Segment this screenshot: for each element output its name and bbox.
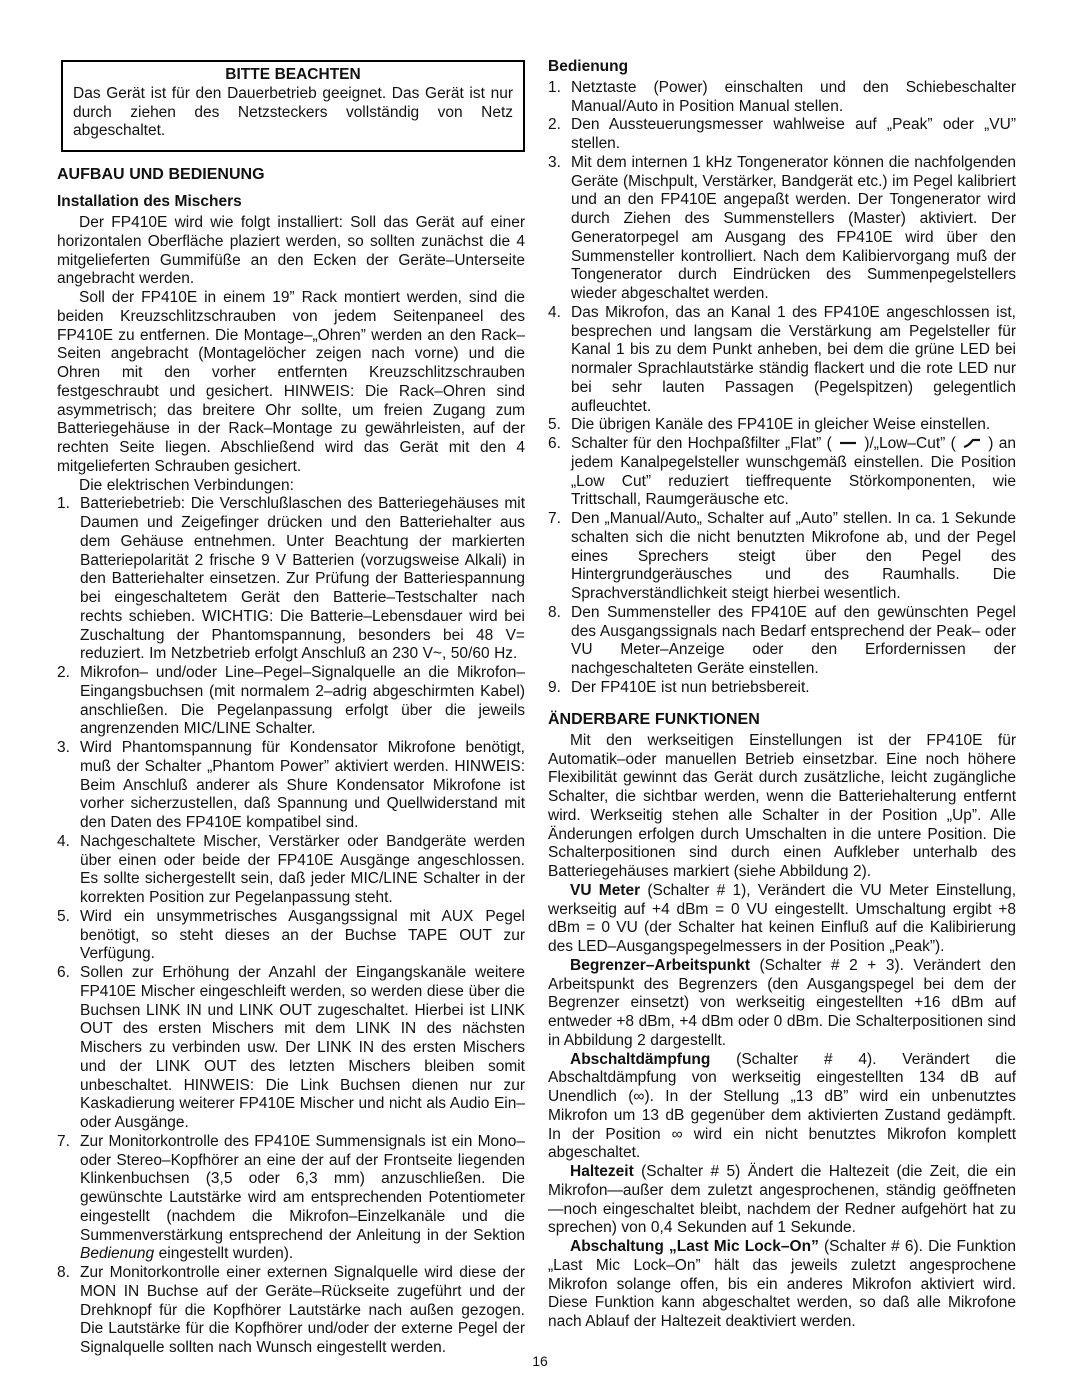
list-text: Der FP410E ist nun betriebsbereit. xyxy=(571,679,810,696)
list-item: 8.Zur Monitorkontrolle einer externen Si… xyxy=(57,1264,525,1358)
list-text: Das Mikrofon, das an Kanal 1 des FP410E … xyxy=(571,304,1016,415)
list-item: 1.Batteriebetrieb: Die Verschlußlaschen … xyxy=(57,495,525,664)
list-number: 8. xyxy=(548,604,561,623)
function-lead: Abschaltdämpfung xyxy=(570,1051,710,1068)
subsection-title-installation: Installation des Mischers xyxy=(57,193,525,212)
list-text: Mikrofon– und/oder Line–Pegel–Signalquel… xyxy=(80,664,525,737)
list-number: 9. xyxy=(548,679,561,698)
list-text: Wird ein unsymmetrisches Ausgangssignal … xyxy=(80,908,525,963)
list-number: 4. xyxy=(548,304,561,323)
function-paragraph-abschaltdaempfung: Abschaltdämpfung (Schalter # 4). Verände… xyxy=(548,1051,1016,1164)
list-number: 1. xyxy=(548,79,561,98)
function-paragraph-begrenzer: Begrenzer–Arbeitspunkt (Schalter # 2 + 3… xyxy=(548,957,1016,1051)
list-number: 5. xyxy=(548,416,561,435)
subsection-title-bedienung: Bedienung xyxy=(548,58,1016,77)
function-lead: Begrenzer–Arbeitspunkt xyxy=(570,957,750,974)
list-text: Sollen zur Erhöhung der Anzahl der Einga… xyxy=(80,964,525,1131)
connections-intro: Die elektrischen Verbindungen: xyxy=(57,477,525,496)
list-text: Den Aussteuerungsmesser wahlweise auf „P… xyxy=(571,116,1016,152)
notice-title: BITTE BEACHTEN xyxy=(73,66,513,85)
function-paragraph-vu-meter: VU Meter (Schalter # 1), Verändert die V… xyxy=(548,882,1016,957)
list-text: Netztaste (Power) einschalten und den Sc… xyxy=(571,79,1016,115)
two-column-layout: BITTE BEACHTEN Das Gerät ist für den Dau… xyxy=(57,58,1035,1358)
low-cut-response-icon xyxy=(962,437,982,449)
list-item: 2.Mikrofon– und/oder Line–Pegel–Signalqu… xyxy=(57,664,525,739)
list-text: Schalter für den Hochpaßfilter „Flat” ( xyxy=(571,435,837,452)
function-paragraph-last-mic-lock-on: Abschaltung „Last Mic Lock–On” (Schalter… xyxy=(548,1238,1016,1332)
list-number: 2. xyxy=(57,664,70,683)
list-item: 6.Schalter für den Hochpaßfilter „Flat” … xyxy=(548,435,1016,510)
list-number: 1. xyxy=(57,495,70,514)
list-item: 1.Netztaste (Power) einschalten und den … xyxy=(548,79,1016,117)
list-text: Zur Monitorkontrolle des FP410E Summensi… xyxy=(80,1133,525,1244)
paragraph: Der FP410E wird wie folgt installiert: S… xyxy=(57,214,525,289)
list-item: 5.Die übrigen Kanäle des FP410E in gleic… xyxy=(548,416,1016,435)
list-number: 3. xyxy=(548,154,561,173)
list-item: 2.Den Aussteuerungsmesser wahlweise auf … xyxy=(548,116,1016,154)
list-item: 6.Sollen zur Erhöhung der Anzahl der Ein… xyxy=(57,964,525,1133)
list-text: Den Summensteller des FP410E auf den gew… xyxy=(571,604,1016,677)
list-text: Batteriebetrieb: Die Verschlußlaschen de… xyxy=(80,495,525,662)
list-number: 2. xyxy=(548,116,561,135)
list-item: 3.Mit dem internen 1 kHz Tongenerator kö… xyxy=(548,154,1016,304)
italic-term: Bedienung xyxy=(80,1245,154,1262)
manual-page: BITTE BEACHTEN Das Gerät ist für den Dau… xyxy=(0,0,1080,1397)
list-text: Die übrigen Kanäle des FP410E in gleiche… xyxy=(571,416,990,433)
paragraph: Soll der FP410E in einem 19” Rack montie… xyxy=(57,289,525,477)
list-text: Nachgeschaltete Mischer, Verstärker oder… xyxy=(80,833,525,906)
list-text: Den „Manual/Auto„ Schalter auf „Auto” st… xyxy=(571,510,1016,602)
list-number: 5. xyxy=(57,908,70,927)
function-lead: VU Meter xyxy=(570,882,640,899)
notice-body: Das Gerät ist für den Dauerbetrieb geeig… xyxy=(73,85,513,141)
list-number: 6. xyxy=(57,964,70,983)
list-text: Wird Phantomspannung für Kondensator Mik… xyxy=(80,739,525,831)
list-text: Mit dem internen 1 kHz Tongenerator könn… xyxy=(571,154,1016,302)
function-lead: Haltezeit xyxy=(570,1163,634,1180)
list-text: )/„Low–Cut” ( xyxy=(859,435,961,452)
list-number: 6. xyxy=(548,435,561,454)
flat-response-icon xyxy=(838,437,858,449)
list-item: 4.Nachgeschaltete Mischer, Verstärker od… xyxy=(57,833,525,908)
bedienung-list: 1.Netztaste (Power) einschalten und den … xyxy=(548,79,1016,698)
list-number: 4. xyxy=(57,833,70,852)
function-lead: Abschaltung „Last Mic Lock–On” xyxy=(570,1238,819,1255)
section-title-aenderbare-funktionen: ÄNDERBARE FUNKTIONEN xyxy=(548,710,1016,729)
left-column: BITTE BEACHTEN Das Gerät ist für den Dau… xyxy=(57,58,525,1358)
list-number: 8. xyxy=(57,1264,70,1283)
list-item: 7.Zur Monitorkontrolle des FP410E Summen… xyxy=(57,1133,525,1264)
list-item: 7.Den „Manual/Auto„ Schalter auf „Auto” … xyxy=(548,510,1016,604)
list-item: 5.Wird ein unsymmetrisches Ausgangssigna… xyxy=(57,908,525,964)
list-item: 4.Das Mikrofon, das an Kanal 1 des FP410… xyxy=(548,304,1016,417)
list-item: 3.Wird Phantomspannung für Kondensator M… xyxy=(57,739,525,833)
paragraph: Mit den werkseitigen Einstellungen ist d… xyxy=(548,732,1016,882)
list-number: 3. xyxy=(57,739,70,758)
page-number: 16 xyxy=(0,1353,1080,1369)
connections-list: 1.Batteriebetrieb: Die Verschlußlaschen … xyxy=(57,495,525,1358)
notice-box: BITTE BEACHTEN Das Gerät ist für den Dau… xyxy=(61,60,525,152)
list-item: 9.Der FP410E ist nun betriebsbereit. xyxy=(548,679,1016,698)
section-title-aufbau: AUFBAU UND BEDIENUNG xyxy=(57,165,525,184)
list-number: 7. xyxy=(57,1133,70,1152)
list-item: 8.Den Summensteller des FP410E auf den g… xyxy=(548,604,1016,679)
right-column: Bedienung 1.Netztaste (Power) einschalte… xyxy=(548,58,1016,1358)
list-text: Zur Monitorkontrolle einer externen Sign… xyxy=(80,1264,525,1356)
list-number: 7. xyxy=(548,510,561,529)
function-paragraph-haltezeit: Haltezeit (Schalter # 5) Ändert die Halt… xyxy=(548,1163,1016,1238)
list-text: eingestellt wurden). xyxy=(154,1245,293,1262)
